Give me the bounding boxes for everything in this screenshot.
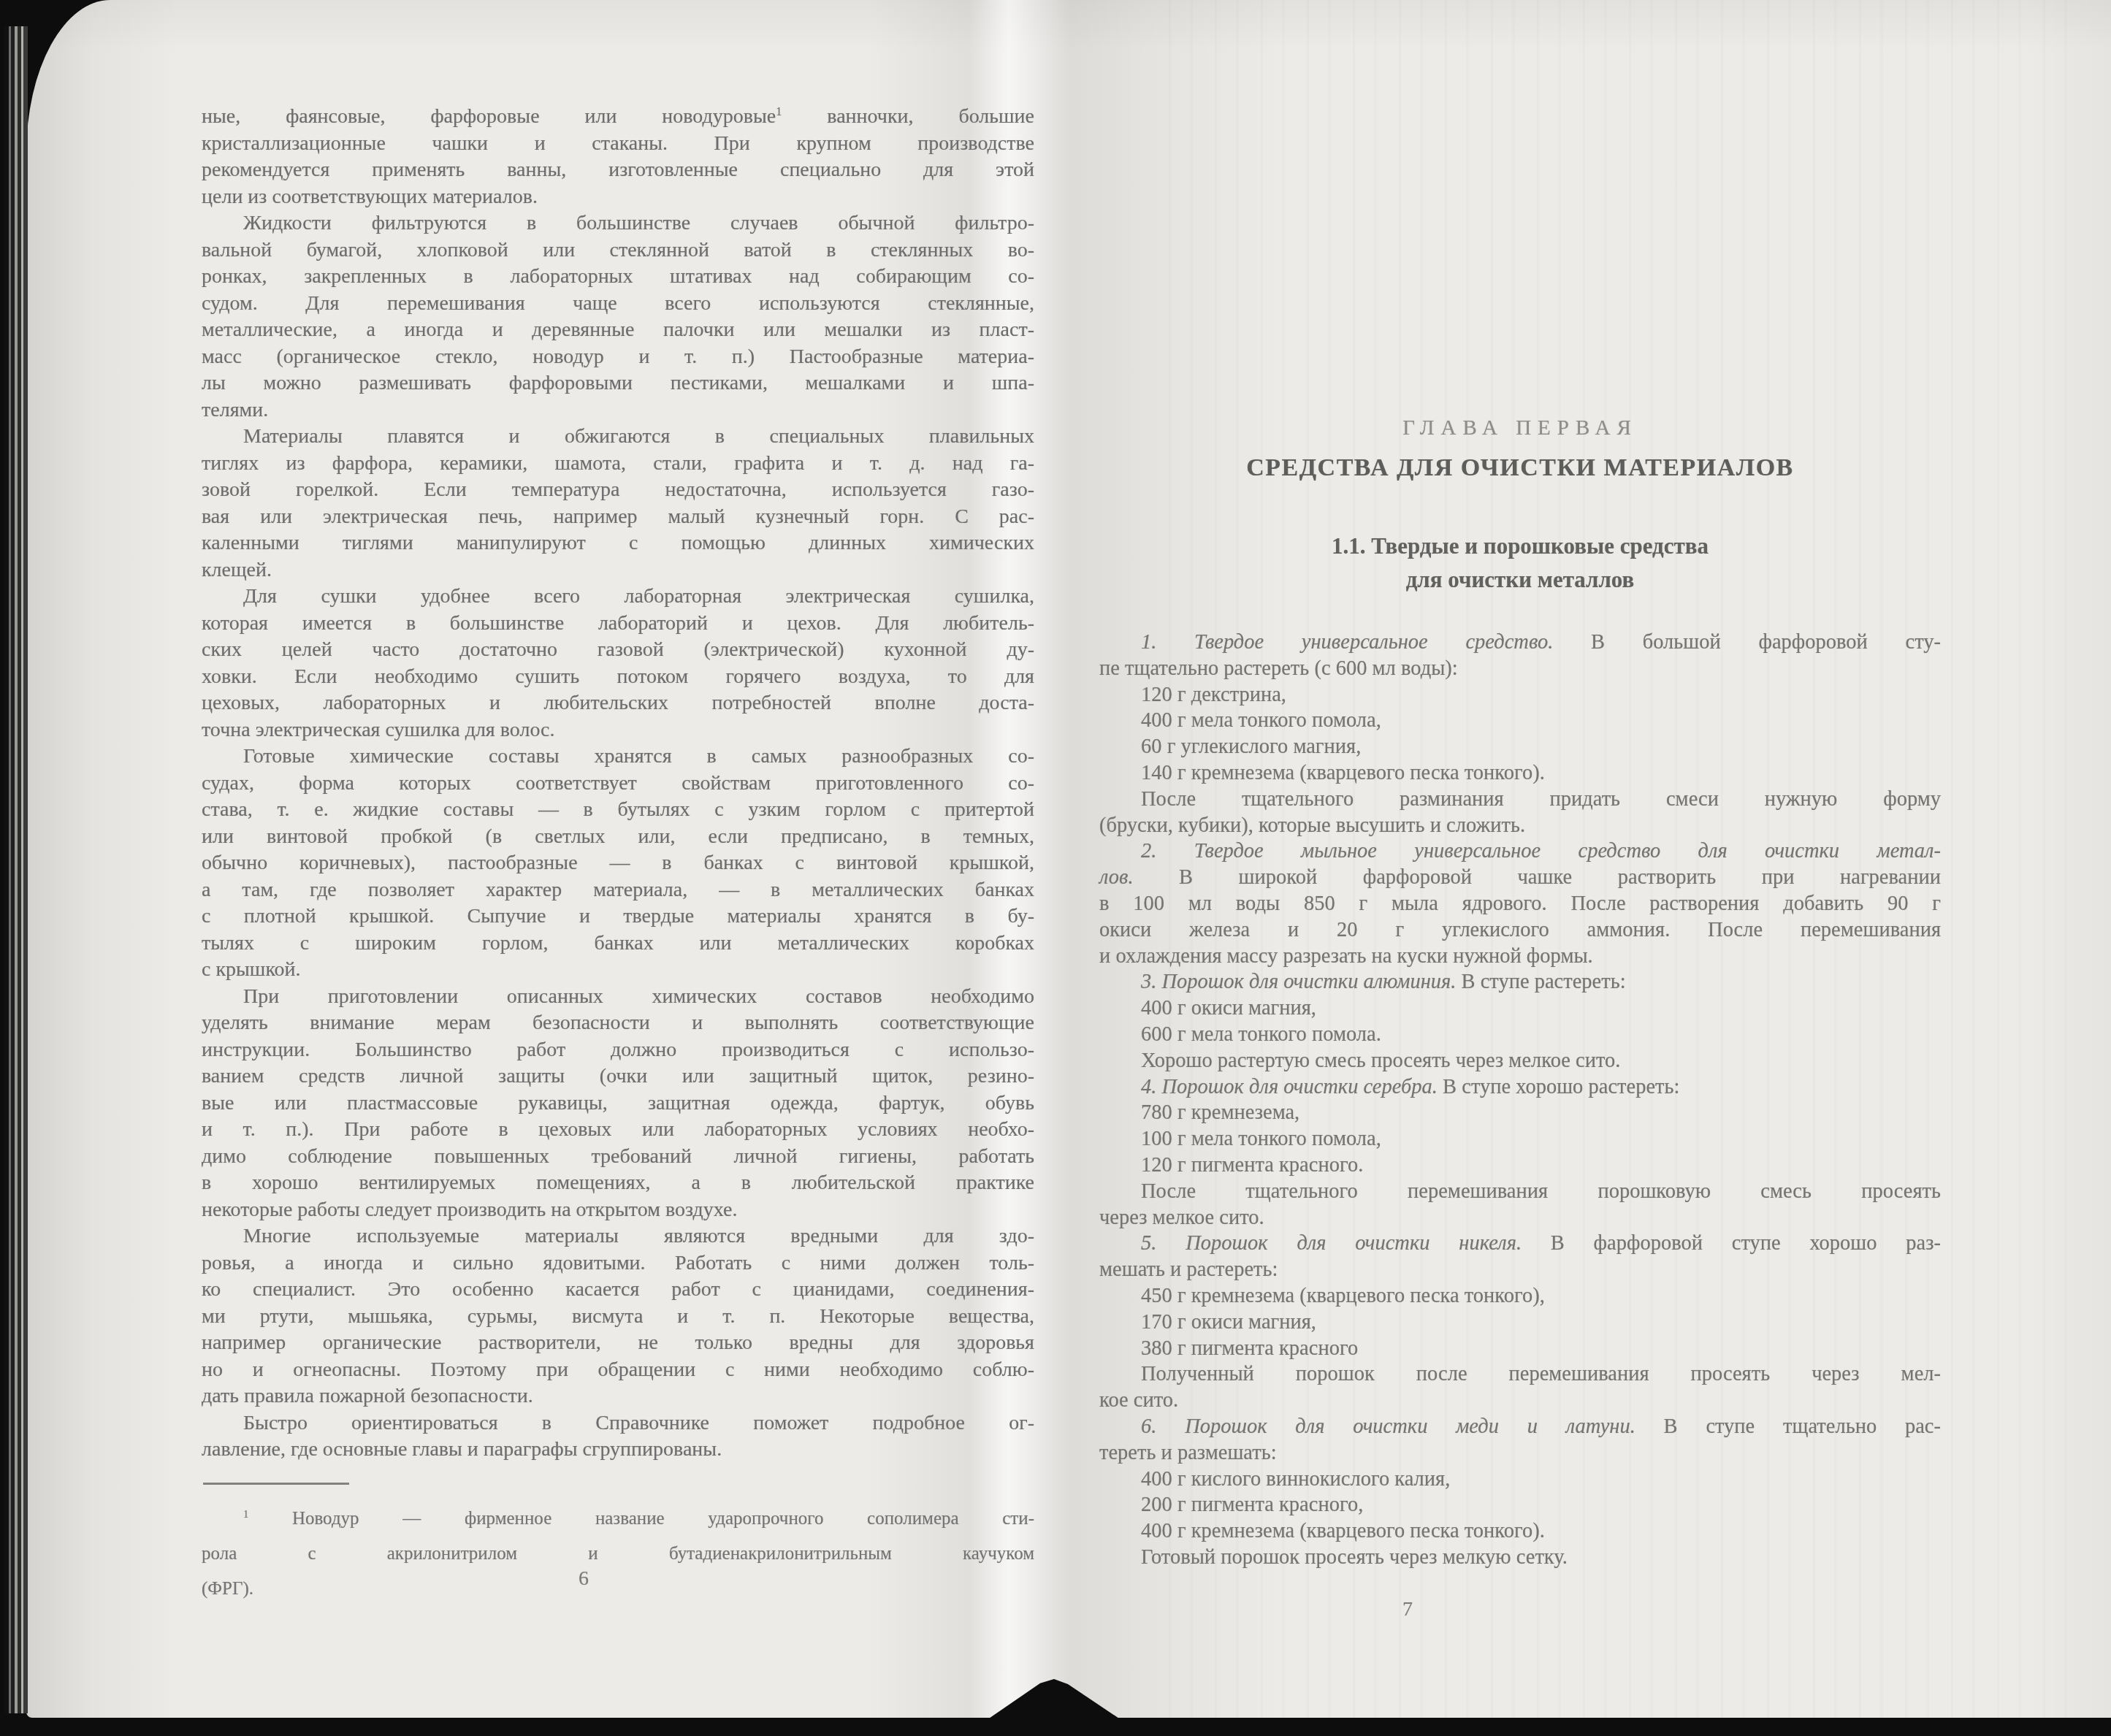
text-line: которая имеется в большинстве лаборатори…	[202, 611, 1034, 638]
footnote-divider	[203, 1483, 349, 1485]
text-line: 6. Порошок для очистки меди и латуни. В …	[1099, 1414, 1941, 1440]
text-line: става, т. е. жидкие составы — в бутылях …	[202, 797, 1034, 824]
text-line: ми ртути, мышьяка, сурьмы, висмута и т. …	[202, 1304, 1034, 1331]
section-title-line2: для очистки металлов	[1099, 567, 1941, 593]
text-line: 3. Порошок для очистки алюминия. В ступе…	[1099, 969, 1941, 995]
text-line: лов. В широкой фарфоровой чашке раствори…	[1099, 865, 1941, 891]
text-line: (ФРГ).	[202, 1572, 1034, 1607]
book-scan: ные, фаянсовые, фарфоровые или новодуров…	[0, 0, 2111, 1736]
book-edge-bottom	[0, 1718, 2111, 1736]
text-line: 5. Порошок для очистки никеля. В фарфоро…	[1099, 1231, 1941, 1257]
text-line: металлические, а иногда и деревянные пал…	[202, 317, 1034, 344]
text-line: Хорошо растертую смесь просеять через ме…	[1099, 1048, 1941, 1074]
text-line: 60 г углекислого магния,	[1099, 734, 1941, 760]
left-page-footnote: 1 Новодур — фирменное название ударопроч…	[202, 1502, 1034, 1607]
text-line: каленными тиглями манипулируют с помощью…	[202, 530, 1034, 557]
text-line: 400 г мела тонкого помола,	[1099, 708, 1941, 734]
page-stack-edge	[4, 26, 28, 1713]
text-line: 400 г кремнезема (кварцевого песка тонко…	[1099, 1518, 1941, 1545]
text-line: При приготовлении описанных химических с…	[202, 984, 1034, 1011]
text-line: Быстро ориентироваться в Справочнике пом…	[202, 1410, 1034, 1437]
text-line: обычно коричневых), пастообразные — в ба…	[202, 850, 1034, 877]
text-line: судом. Для перемешивания чаще всего испо…	[202, 291, 1034, 318]
text-line: инструкции. Большинство работ должно про…	[202, 1037, 1034, 1064]
text-line: пе тщательно растереть (с 600 мл воды):	[1099, 656, 1941, 682]
text-line: димо соблюдение повышенных требований ли…	[202, 1144, 1034, 1171]
text-line: 1 Новодур — фирменное название ударопроч…	[202, 1502, 1034, 1537]
text-line: вые или пластмассовые рукавицы, защитная…	[202, 1090, 1034, 1117]
text-line: 400 г окиси магния,	[1099, 995, 1941, 1022]
section-title-line1: 1.1. Твердые и порошковые средства	[1099, 533, 1941, 559]
text-line: ронках, закрепленных в лабораторных штат…	[202, 264, 1034, 291]
text-line: 1. Твердое универсальное средство. В бол…	[1099, 630, 1941, 656]
text-line: а там, где позволяет характер материала,…	[202, 877, 1034, 904]
text-line: Жидкости фильтруются в большинстве случа…	[202, 210, 1034, 237]
text-line: ко специалист. Это особенно касается раб…	[202, 1277, 1034, 1304]
text-line: рекомендуется применять ванны, изготовле…	[202, 157, 1034, 184]
text-line: вальной бумагой, хлопковой или стеклянно…	[202, 237, 1034, 264]
text-line: уделять внимание мерам безопасности и вы…	[202, 1010, 1034, 1037]
text-line: (бруски, кубики), которые высушить и сло…	[1099, 813, 1941, 839]
text-line: Полученный порошок после перемешивания п…	[1099, 1361, 1941, 1388]
text-line: 4. Порошок для очистки серебра. В ступе …	[1099, 1074, 1941, 1101]
text-line: 450 г кремнезема (кварцевого песка тонко…	[1099, 1283, 1941, 1309]
text-line: ховки. Если необходимо сушить потоком го…	[202, 664, 1034, 691]
text-line: окиси железа и 20 г углекислого аммония.…	[1099, 917, 1941, 944]
text-line: с крышкой.	[202, 957, 1034, 984]
text-line: тылях с широким горлом, банках или метал…	[202, 930, 1034, 957]
text-line: или винтовой пробкой (в светлых или, есл…	[202, 824, 1034, 851]
text-line: мешать и растереть:	[1099, 1257, 1941, 1283]
text-line: Готовый порошок просеять через мелкую се…	[1099, 1545, 1941, 1571]
text-line: 100 г мела тонкого помола,	[1099, 1126, 1941, 1152]
text-line: дать правила пожарной безопасности.	[202, 1383, 1034, 1410]
text-line: рола с акрилонитрилом и бутадиенакрилони…	[202, 1537, 1034, 1572]
text-line: Многие используемые материалы являются в…	[202, 1223, 1034, 1250]
text-line: кое сито.	[1099, 1388, 1941, 1414]
text-line: и т. п.). При работе в цеховых или лабор…	[202, 1117, 1034, 1144]
text-line: через мелкое сито.	[1099, 1205, 1941, 1231]
text-line: лы можно размешивать фарфоровыми пестика…	[202, 370, 1034, 397]
text-line: клещей.	[202, 557, 1034, 584]
left-page-number: 6	[579, 1567, 589, 1591]
right-page-number: 7	[1402, 1598, 1413, 1621]
text-line: но и огнеопасны. Поэтому при обращении с…	[202, 1357, 1034, 1384]
text-line: ровья, а иногда и сильно ядовитыми. Рабо…	[202, 1250, 1034, 1277]
right-page-text: 1. Твердое универсальное средство. В бол…	[1099, 630, 1941, 1571]
text-line: 400 г кислого виннокислого калия,	[1099, 1467, 1941, 1493]
text-line: Готовые химические составы хранятся в са…	[202, 743, 1034, 771]
text-line: например органические растворители, не т…	[202, 1330, 1034, 1357]
text-line: 120 г пигмента красного.	[1099, 1152, 1941, 1179]
chapter-kicker: ГЛАВА ПЕРВАЯ	[1099, 416, 1941, 440]
text-line: ских целей часто достаточно газовой (эле…	[202, 637, 1034, 664]
text-line: ванием средств личной защиты (очки или з…	[202, 1063, 1034, 1090]
left-page-text: ные, фаянсовые, фарфоровые или новодуров…	[202, 104, 1034, 1464]
text-line: 2. Твердое мыльное универсальное средств…	[1099, 838, 1941, 865]
text-line: 200 г пигмента красного,	[1099, 1492, 1941, 1518]
text-line: точна электрическая сушилка для волос.	[202, 717, 1034, 744]
text-line: в 100 мл воды 850 г мыла ядрового. После…	[1099, 891, 1941, 917]
text-line: ные, фаянсовые, фарфоровые или новодуров…	[202, 104, 1034, 131]
text-line: 170 г окиси магния,	[1099, 1309, 1941, 1336]
text-line: некоторые работы следует производить на …	[202, 1197, 1034, 1224]
text-line: кристаллизационные чашки и стаканы. При …	[202, 131, 1034, 158]
text-line: 140 г кремнезема (кварцевого песка тонко…	[1099, 760, 1941, 787]
text-line: Материалы плавятся и обжигаются в специа…	[202, 424, 1034, 451]
text-line: вая или электрическая печь, например мал…	[202, 504, 1034, 531]
text-line: 120 г декстрина,	[1099, 682, 1941, 708]
text-line: 380 г пигмента красного	[1099, 1336, 1941, 1362]
text-line: масс (органическое стекло, новодур и т. …	[202, 344, 1034, 371]
text-line: судах, форма которых соответствует свойс…	[202, 771, 1034, 798]
text-line: с плотной крышкой. Сыпучие и твердые мат…	[202, 903, 1034, 930]
text-line: тиглях из фарфора, керамики, шамота, ста…	[202, 451, 1034, 478]
chapter-title: СРЕДСТВА ДЛЯ ОЧИСТКИ МАТЕРИАЛОВ	[1099, 454, 1941, 482]
text-line: цели из соответствующих материалов.	[202, 184, 1034, 211]
text-line: После тщательного разминания придать сме…	[1099, 787, 1941, 813]
text-line: тереть и размешать:	[1099, 1440, 1941, 1467]
text-line: После тщательного перемешивания порошков…	[1099, 1179, 1941, 1205]
text-line: и охлаждения массу разрезать на куски ну…	[1099, 944, 1941, 970]
text-line: телями.	[202, 397, 1034, 424]
text-line: в хорошо вентилируемых помещениях, а в л…	[202, 1170, 1034, 1197]
text-line: зовой горелкой. Если температура недоста…	[202, 477, 1034, 504]
text-line: лавление, где основные главы и параграфы…	[202, 1437, 1034, 1464]
text-line: цеховых, лабораторных и любительских пот…	[202, 690, 1034, 717]
text-line: 780 г кремнезема,	[1099, 1100, 1941, 1126]
text-line: Для сушки удобнее всего лабораторная эле…	[202, 584, 1034, 611]
text-line: 600 г мела тонкого помола.	[1099, 1022, 1941, 1048]
